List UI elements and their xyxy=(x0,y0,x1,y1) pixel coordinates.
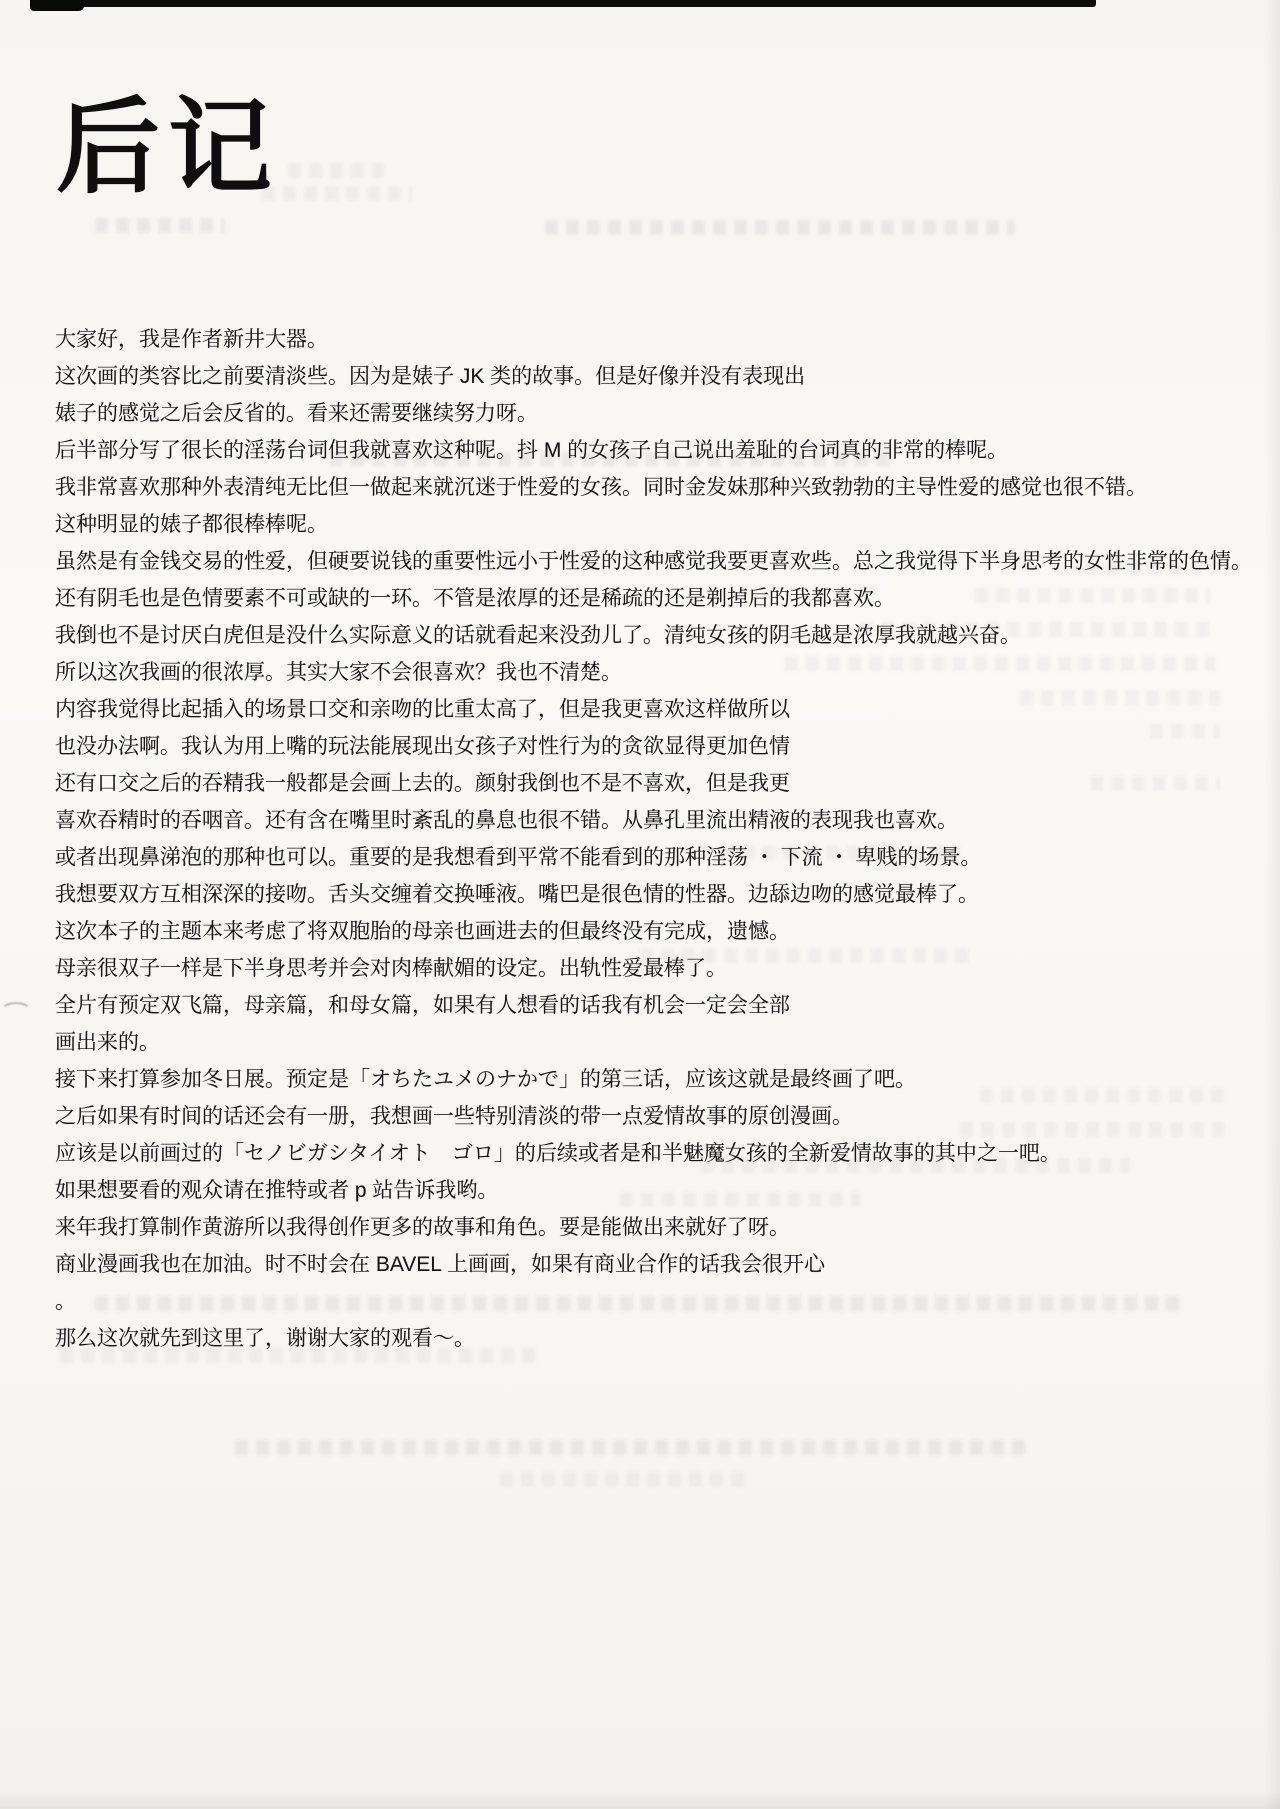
page-title: 后记 xyxy=(56,94,280,203)
afterword-line: 喜欢吞精时的吞咽音。还有含在嘴里时紊乱的鼻息也很不错。从鼻孔里流出精液的表现我也… xyxy=(55,802,1255,839)
afterword-line: 那么这次就先到这里了，谢谢大家的观看～。 xyxy=(55,1320,1255,1357)
scan-edge-artifact xyxy=(30,0,1096,7)
scanned-afterword-page: 后记 大家好，我是作者新井大器。 这次画的类容比之前要清淡些。因为是婊子 JK … xyxy=(0,0,1280,1809)
afterword-body: 大家好，我是作者新井大器。 这次画的类容比之前要清淡些。因为是婊子 JK 类的故… xyxy=(55,321,1255,1357)
afterword-line: 这种明显的婊子都很棒棒呢。 xyxy=(55,506,1255,543)
afterword-line: 内容我觉得比起插入的场景口交和亲吻的比重太高了，但是我更喜欢这样做所以 xyxy=(55,691,1255,728)
pen-mark-artifact xyxy=(0,1002,32,1022)
afterword-line: 虽然是有金钱交易的性爱，但硬要说钱的重要性远小于性爱的这种感觉我要更喜欢些。总之… xyxy=(55,543,1255,580)
afterword-line: 商业漫画我也在加油。时不时会在 BAVEL 上画画，如果有商业合作的话我会很开心 xyxy=(55,1246,1255,1283)
afterword-line: 我倒也不是讨厌白虎但是没什么实际意义的话就看起来没劲儿了。清纯女孩的阴毛越是浓厚… xyxy=(55,617,1255,654)
afterword-line: 母亲很双子一样是下半身思考并会对肉棒献媚的设定。出轨性爱最棒了。 xyxy=(55,950,1255,987)
page-edge-shadow xyxy=(1264,0,1280,1809)
bleedthrough-artifact xyxy=(500,1472,750,1487)
afterword-line: 婊子的感觉之后会反省的。看来还需要继续努力呀。 xyxy=(55,395,1255,432)
afterword-line: 我想要双方互相深深的接吻。舌头交缠着交换唾液。嘴巴是很色情的性器。边舔边吻的感觉… xyxy=(55,876,1255,913)
bleedthrough-artifact xyxy=(288,163,384,178)
afterword-line: 。 xyxy=(55,1283,1255,1320)
afterword-line: 应该是以前画过的「セノビガシタイオト ゴロ」的后续或者是和半魅魔女孩的全新爱情故… xyxy=(55,1135,1255,1172)
afterword-line: 来年我打算制作黄游所以我得创作更多的故事和角色。要是能做出来就好了呀。 xyxy=(55,1209,1255,1246)
afterword-line: 所以这次我画的很浓厚。其实大家不会很喜欢？我也不清楚。 xyxy=(55,654,1255,691)
afterword-line: 这次画的类容比之前要清淡些。因为是婊子 JK 类的故事。但是好像并没有表现出 xyxy=(55,358,1255,395)
afterword-line: 接下来打算参加冬日展。预定是「オちたユメのナかで」的第三话，应该这就是最终画了吧… xyxy=(55,1061,1255,1098)
afterword-line: 这次本子的主题本来考虑了将双胞胎的母亲也画进去的但最终没有完成，遗憾。 xyxy=(55,913,1255,950)
afterword-line: 大家好，我是作者新井大器。 xyxy=(55,321,1255,358)
afterword-line: 还有阴毛也是色情要素不可或缺的一环。不管是浓厚的还是稀疏的还是剃掉后的我都喜欢。 xyxy=(55,580,1255,617)
bleedthrough-artifact xyxy=(235,1440,1025,1455)
afterword-line: 还有口交之后的吞精我一般都是会画上去的。颜射我倒也不是不喜欢，但是我更 xyxy=(55,765,1255,802)
afterword-line: 全片有预定双飞篇，母亲篇，和母女篇，如果有人想看的话我有机会一定会全部 xyxy=(55,987,1255,1024)
afterword-line: 后半部分写了很长的淫荡台词但我就喜欢这种呢。抖 M 的女孩子自己说出羞耻的台词真… xyxy=(55,432,1255,469)
bleedthrough-artifact xyxy=(545,220,1015,235)
afterword-line: 我非常喜欢那种外表清纯无比但一做起来就沉迷于性爱的女孩。同时金发妹那种兴致勃勃的… xyxy=(55,469,1255,506)
afterword-line: 如果想要看的观众请在推特或者 p 站告诉我哟。 xyxy=(55,1172,1255,1209)
scan-edge-artifact xyxy=(30,0,84,11)
bleedthrough-artifact xyxy=(95,218,225,233)
afterword-line: 也没办法啊。我认为用上嘴的玩法能展现出女孩子对性行为的贪欲显得更加色情 xyxy=(55,728,1255,765)
page-edge-shadow xyxy=(0,1791,1280,1809)
afterword-line: 画出来的。 xyxy=(55,1024,1255,1061)
afterword-line: 或者出现鼻涕泡的那种也可以。重要的是我想看到平常不能看到的那种淫荡 ・ 下流 ・… xyxy=(55,839,1255,876)
bleedthrough-artifact xyxy=(262,186,412,201)
afterword-line: 之后如果有时间的话还会有一册，我想画一些特别清淡的带一点爱情故事的原创漫画。 xyxy=(55,1098,1255,1135)
